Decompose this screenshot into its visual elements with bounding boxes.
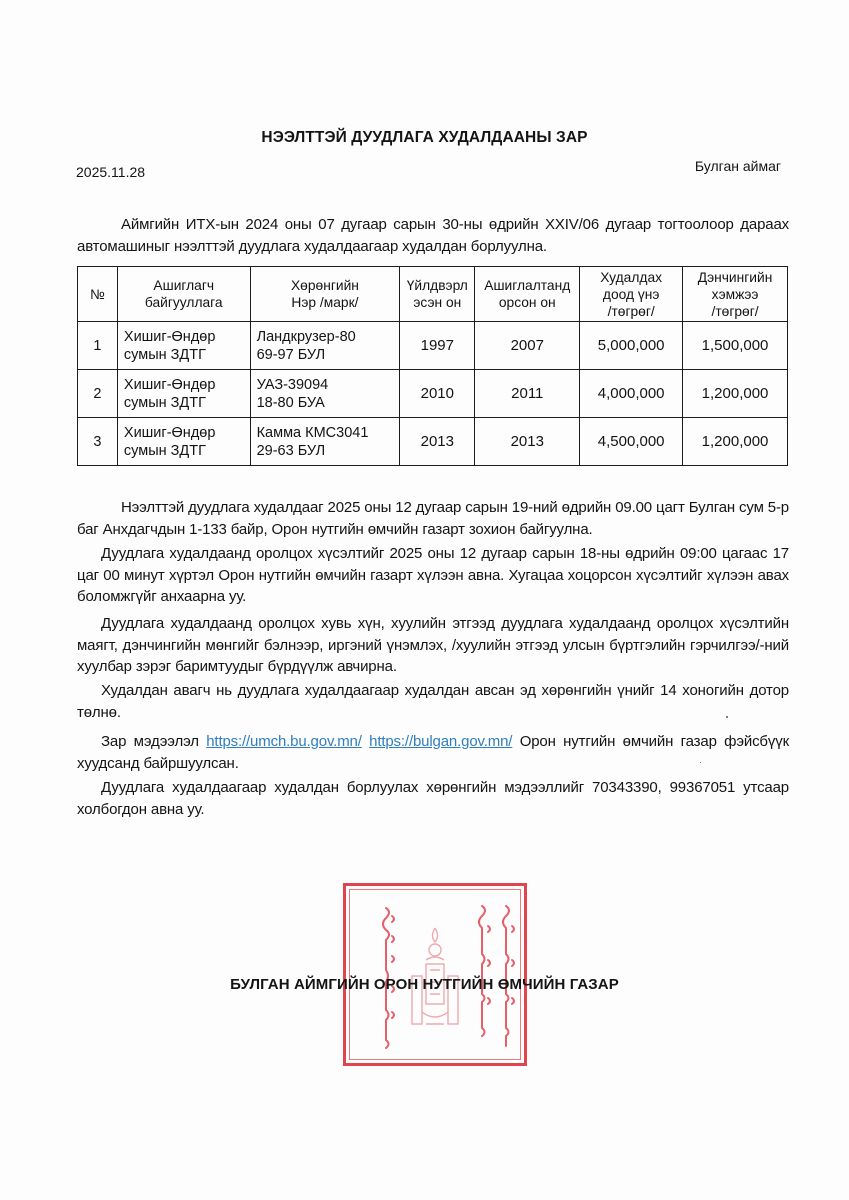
cell-deposit: 1,500,000 (683, 322, 788, 370)
contact-paragraph: Дуудлага худалдаагаар худалдан борлуулах… (77, 777, 789, 820)
cell-asset: Ландкрузер-8069-97 БУЛ (250, 322, 400, 370)
cell-min-price: 5,000,000 (580, 322, 683, 370)
application-paragraph: Дуудлага худалдаанд оролцох хүсэлтийг 20… (77, 543, 789, 608)
official-seal-stamp (343, 883, 527, 1066)
cell-deposit: 1,200,000 (683, 418, 788, 466)
header-manufactured: Үйлдвэрлэсэн он (400, 267, 475, 322)
table-row: 3 Хишиг-Өндөрсумын ЗДТГ Камма КМС304129-… (78, 418, 788, 466)
announcement-paragraph: Зар мэдээлэл https://umch.bu.gov.mn/ htt… (77, 731, 789, 774)
scan-speck (726, 716, 728, 718)
table-row: 2 Хишиг-Өндөрсумын ЗДТГ УАЗ-3909418-80 Б… (78, 370, 788, 418)
header-asset: ХөрөнгийнНэр /марк/ (250, 267, 400, 322)
cell-org: Хишиг-Өндөрсумын ЗДТГ (117, 370, 250, 418)
cell-manufactured: 2013 (400, 418, 475, 466)
header-in-use: Ашиглалтандорсон он (475, 267, 580, 322)
intro-paragraph: Аймгийн ИТХ-ын 2024 оны 07 дугаар сарын … (77, 214, 789, 257)
header-no: № (78, 267, 118, 322)
cell-deposit: 1,200,000 (683, 370, 788, 418)
cell-no: 3 (78, 418, 118, 466)
cell-in-use: 2007 (475, 322, 580, 370)
cell-min-price: 4,500,000 (580, 418, 683, 466)
payment-paragraph: Худалдан авагч нь дуудлага худалдаагаар … (77, 680, 789, 723)
document-location: Булган аймаг (695, 158, 781, 174)
cell-org: Хишиг-Өндөрсумын ЗДТГ (117, 322, 250, 370)
soyombo-seal-icon (346, 886, 524, 1063)
cell-asset: УАЗ-3909418-80 БУА (250, 370, 400, 418)
cell-org: Хишиг-Өндөрсумын ЗДТГ (117, 418, 250, 466)
cell-asset: Камма КМС304129-63 БУЛ (250, 418, 400, 466)
cell-manufactured: 2010 (400, 370, 475, 418)
table-row: 1 Хишиг-Өндөрсумын ЗДТГ Ландкрузер-8069-… (78, 322, 788, 370)
umch-link[interactable]: https://umch.bu.gov.mn/ (206, 733, 362, 750)
cell-no: 1 (78, 322, 118, 370)
auction-time-paragraph: Нээлттэй дуудлага худалдааг 2025 оны 12 … (77, 497, 789, 540)
document-title: НЭЭЛТТЭЙ ДУУДЛАГА ХУДАЛДААНЫ ЗАР (0, 129, 849, 147)
cell-min-price: 4,000,000 (580, 370, 683, 418)
document-date: 2025.11.28 (76, 164, 145, 180)
documents-paragraph: Дуудлага худалдаанд оролцох хувь хүн, ху… (77, 613, 789, 678)
cell-manufactured: 1997 (400, 322, 475, 370)
cell-no: 2 (78, 370, 118, 418)
bulgan-link[interactable]: https://bulgan.gov.mn/ (369, 733, 512, 750)
header-org: Ашиглагчбайгууллага (117, 267, 250, 322)
signature-organization: БУЛГАН АЙМГИЙН ОРОН НУТГИЙН ӨМЧИЙН ГАЗАР (0, 976, 849, 993)
vehicle-auction-table: № Ашиглагчбайгууллага ХөрөнгийнНэр /марк… (77, 266, 788, 466)
scan-speck (700, 762, 701, 763)
header-min-price: Худалдахдоод үнэ/төгрөг/ (580, 267, 683, 322)
intro-text: Аймгийн ИТХ-ын 2024 оны 07 дугаар сарын … (77, 216, 789, 255)
header-deposit: Дэнчингийнхэмжээ/төгрөг/ (683, 267, 788, 322)
cell-in-use: 2013 (475, 418, 580, 466)
cell-in-use: 2011 (475, 370, 580, 418)
table-header-row: № Ашиглагчбайгууллага ХөрөнгийнНэр /марк… (78, 267, 788, 322)
